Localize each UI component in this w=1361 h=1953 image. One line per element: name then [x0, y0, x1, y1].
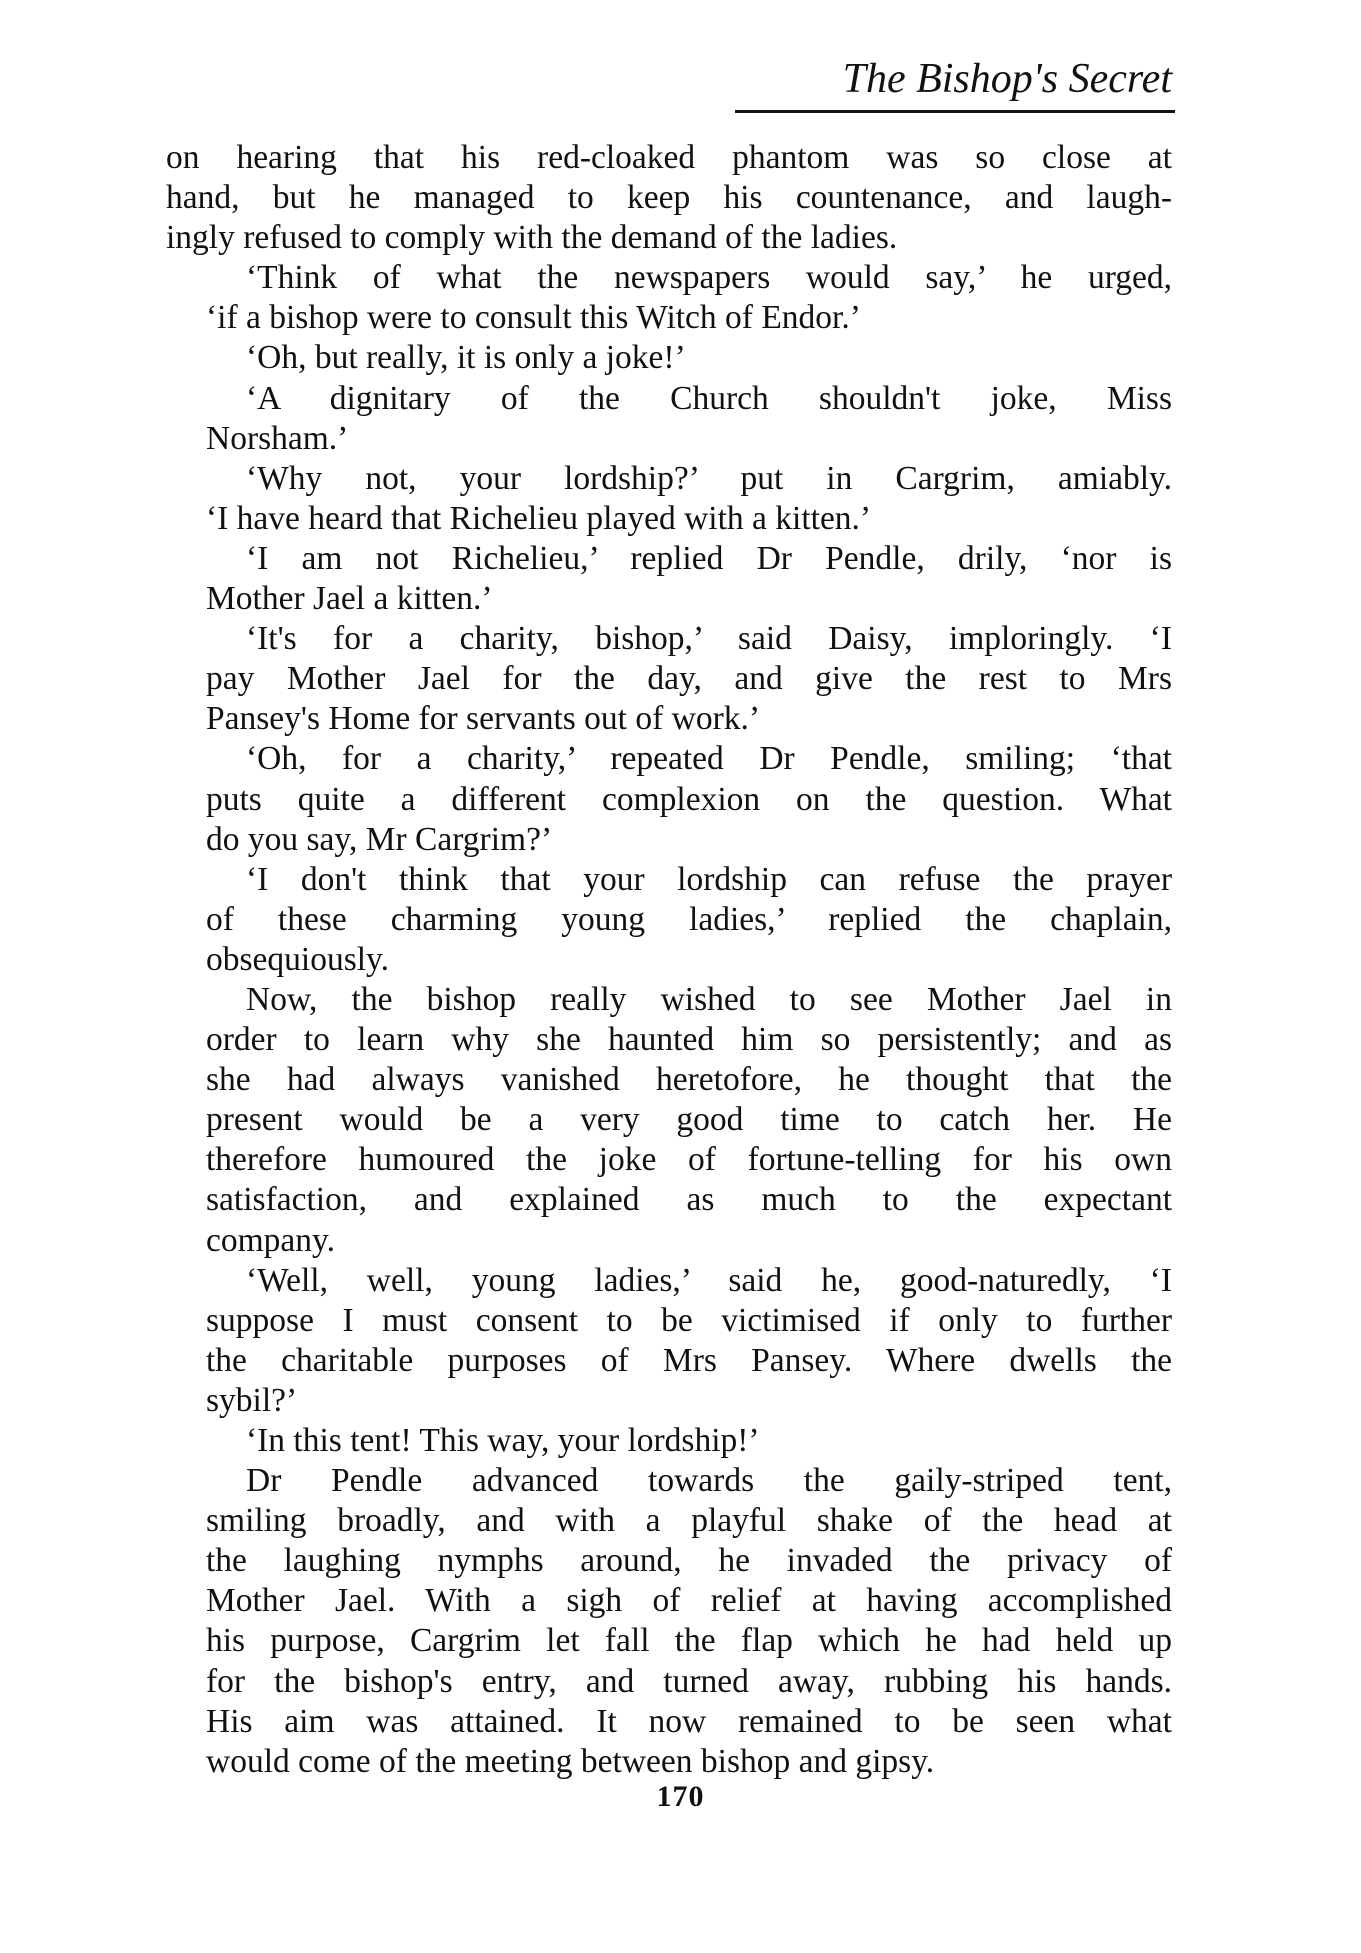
text-line: present would be a very good time to cat… [166, 1100, 1172, 1140]
paragraph: ‘It's for a charity, bishop,’ said Daisy… [166, 619, 1172, 739]
text-line: suppose I must consent to be victimised … [166, 1301, 1172, 1341]
text-line: she had always vanished heretofore, he t… [166, 1060, 1172, 1100]
text-line: Now, the bishop really wished to see Mot… [166, 980, 1172, 1020]
text-line: the laughing nymphs around, he invaded t… [166, 1541, 1172, 1581]
text-line: obsequiously. [166, 940, 1172, 980]
text-line: ‘Oh, but really, it is only a joke!’ [166, 338, 1172, 378]
body-text: on hearing that his red-cloaked phantom … [166, 138, 1172, 1782]
text-line: hand, but he managed to keep his counten… [166, 178, 1172, 218]
text-line: would come of the meeting between bishop… [166, 1742, 1172, 1782]
text-line: ingly refused to comply with the demand … [166, 218, 1172, 258]
paragraph: ‘Well, well, young ladies,’ said he, goo… [166, 1261, 1172, 1421]
text-line: his purpose, Cargrim let fall the flap w… [166, 1621, 1172, 1661]
text-line: pay Mother Jael for the day, and give th… [166, 659, 1172, 699]
text-line: of these charming young ladies,’ replied… [166, 900, 1172, 940]
paragraph: Dr Pendle advanced towards the gaily-str… [166, 1461, 1172, 1782]
text-line: Norsham.’ [166, 419, 1172, 459]
paragraph: ‘Why not, your lordship?’ put in Cargrim… [166, 459, 1172, 539]
text-line: Dr Pendle advanced towards the gaily-str… [166, 1461, 1172, 1501]
paragraph: Now, the bishop really wished to see Mot… [166, 980, 1172, 1261]
text-line: company. [166, 1221, 1172, 1261]
text-line: ‘I am not Richelieu,’ replied Dr Pendle,… [166, 539, 1172, 579]
paragraph: ‘I am not Richelieu,’ replied Dr Pendle,… [166, 539, 1172, 619]
running-head: The Bishop's Secret [740, 54, 1172, 104]
paragraph: ‘Oh, but really, it is only a joke!’ [166, 338, 1172, 378]
text-line: ‘Why not, your lordship?’ put in Cargrim… [166, 459, 1172, 499]
text-line: Pansey's Home for servants out of work.’ [166, 699, 1172, 739]
text-line: ‘Oh, for a charity,’ repeated Dr Pendle,… [166, 739, 1172, 779]
paragraph: ‘In this tent! This way, your lordship!’ [166, 1421, 1172, 1461]
text-line: ‘It's for a charity, bishop,’ said Daisy… [166, 619, 1172, 659]
paragraph: ‘A dignitary of the Church shouldn't jok… [166, 379, 1172, 459]
text-line: His aim was attained. It now remained to… [166, 1702, 1172, 1742]
text-line: ‘I have heard that Richelieu played with… [166, 499, 1172, 539]
paragraph: ‘Think of what the newspapers would say,… [166, 258, 1172, 338]
header-rule [735, 110, 1175, 113]
text-line: smiling broadly, and with a playful shak… [166, 1501, 1172, 1541]
text-line: Mother Jael. With a sigh of relief at ha… [166, 1581, 1172, 1621]
text-line: puts quite a different complexion on the… [166, 780, 1172, 820]
text-line: order to learn why she haunted him so pe… [166, 1020, 1172, 1060]
text-line: satisfaction, and explained as much to t… [166, 1180, 1172, 1220]
text-line: therefore humoured the joke of fortune-t… [166, 1140, 1172, 1180]
book-page: The Bishop's Secret on hearing that his … [0, 0, 1361, 1953]
text-line: for the bishop's entry, and turned away,… [166, 1662, 1172, 1702]
paragraph: ‘Oh, for a charity,’ repeated Dr Pendle,… [166, 739, 1172, 859]
text-line: sybil?’ [166, 1381, 1172, 1421]
text-line: ‘I don't think that your lordship can re… [166, 860, 1172, 900]
text-line: ‘if a bishop were to consult this Witch … [166, 298, 1172, 338]
paragraph: on hearing that his red-cloaked phantom … [166, 138, 1172, 258]
text-line: do you say, Mr Cargrim?’ [166, 820, 1172, 860]
page-number: 170 [0, 1780, 1361, 1814]
text-line: ‘Well, well, young ladies,’ said he, goo… [166, 1261, 1172, 1301]
text-line: on hearing that his red-cloaked phantom … [166, 138, 1172, 178]
text-line: Mother Jael a kitten.’ [166, 579, 1172, 619]
text-line: the charitable purposes of Mrs Pansey. W… [166, 1341, 1172, 1381]
text-line: ‘Think of what the newspapers would say,… [166, 258, 1172, 298]
paragraph: ‘I don't think that your lordship can re… [166, 860, 1172, 980]
text-line: ‘A dignitary of the Church shouldn't jok… [166, 379, 1172, 419]
text-line: ‘In this tent! This way, your lordship!’ [166, 1421, 1172, 1461]
